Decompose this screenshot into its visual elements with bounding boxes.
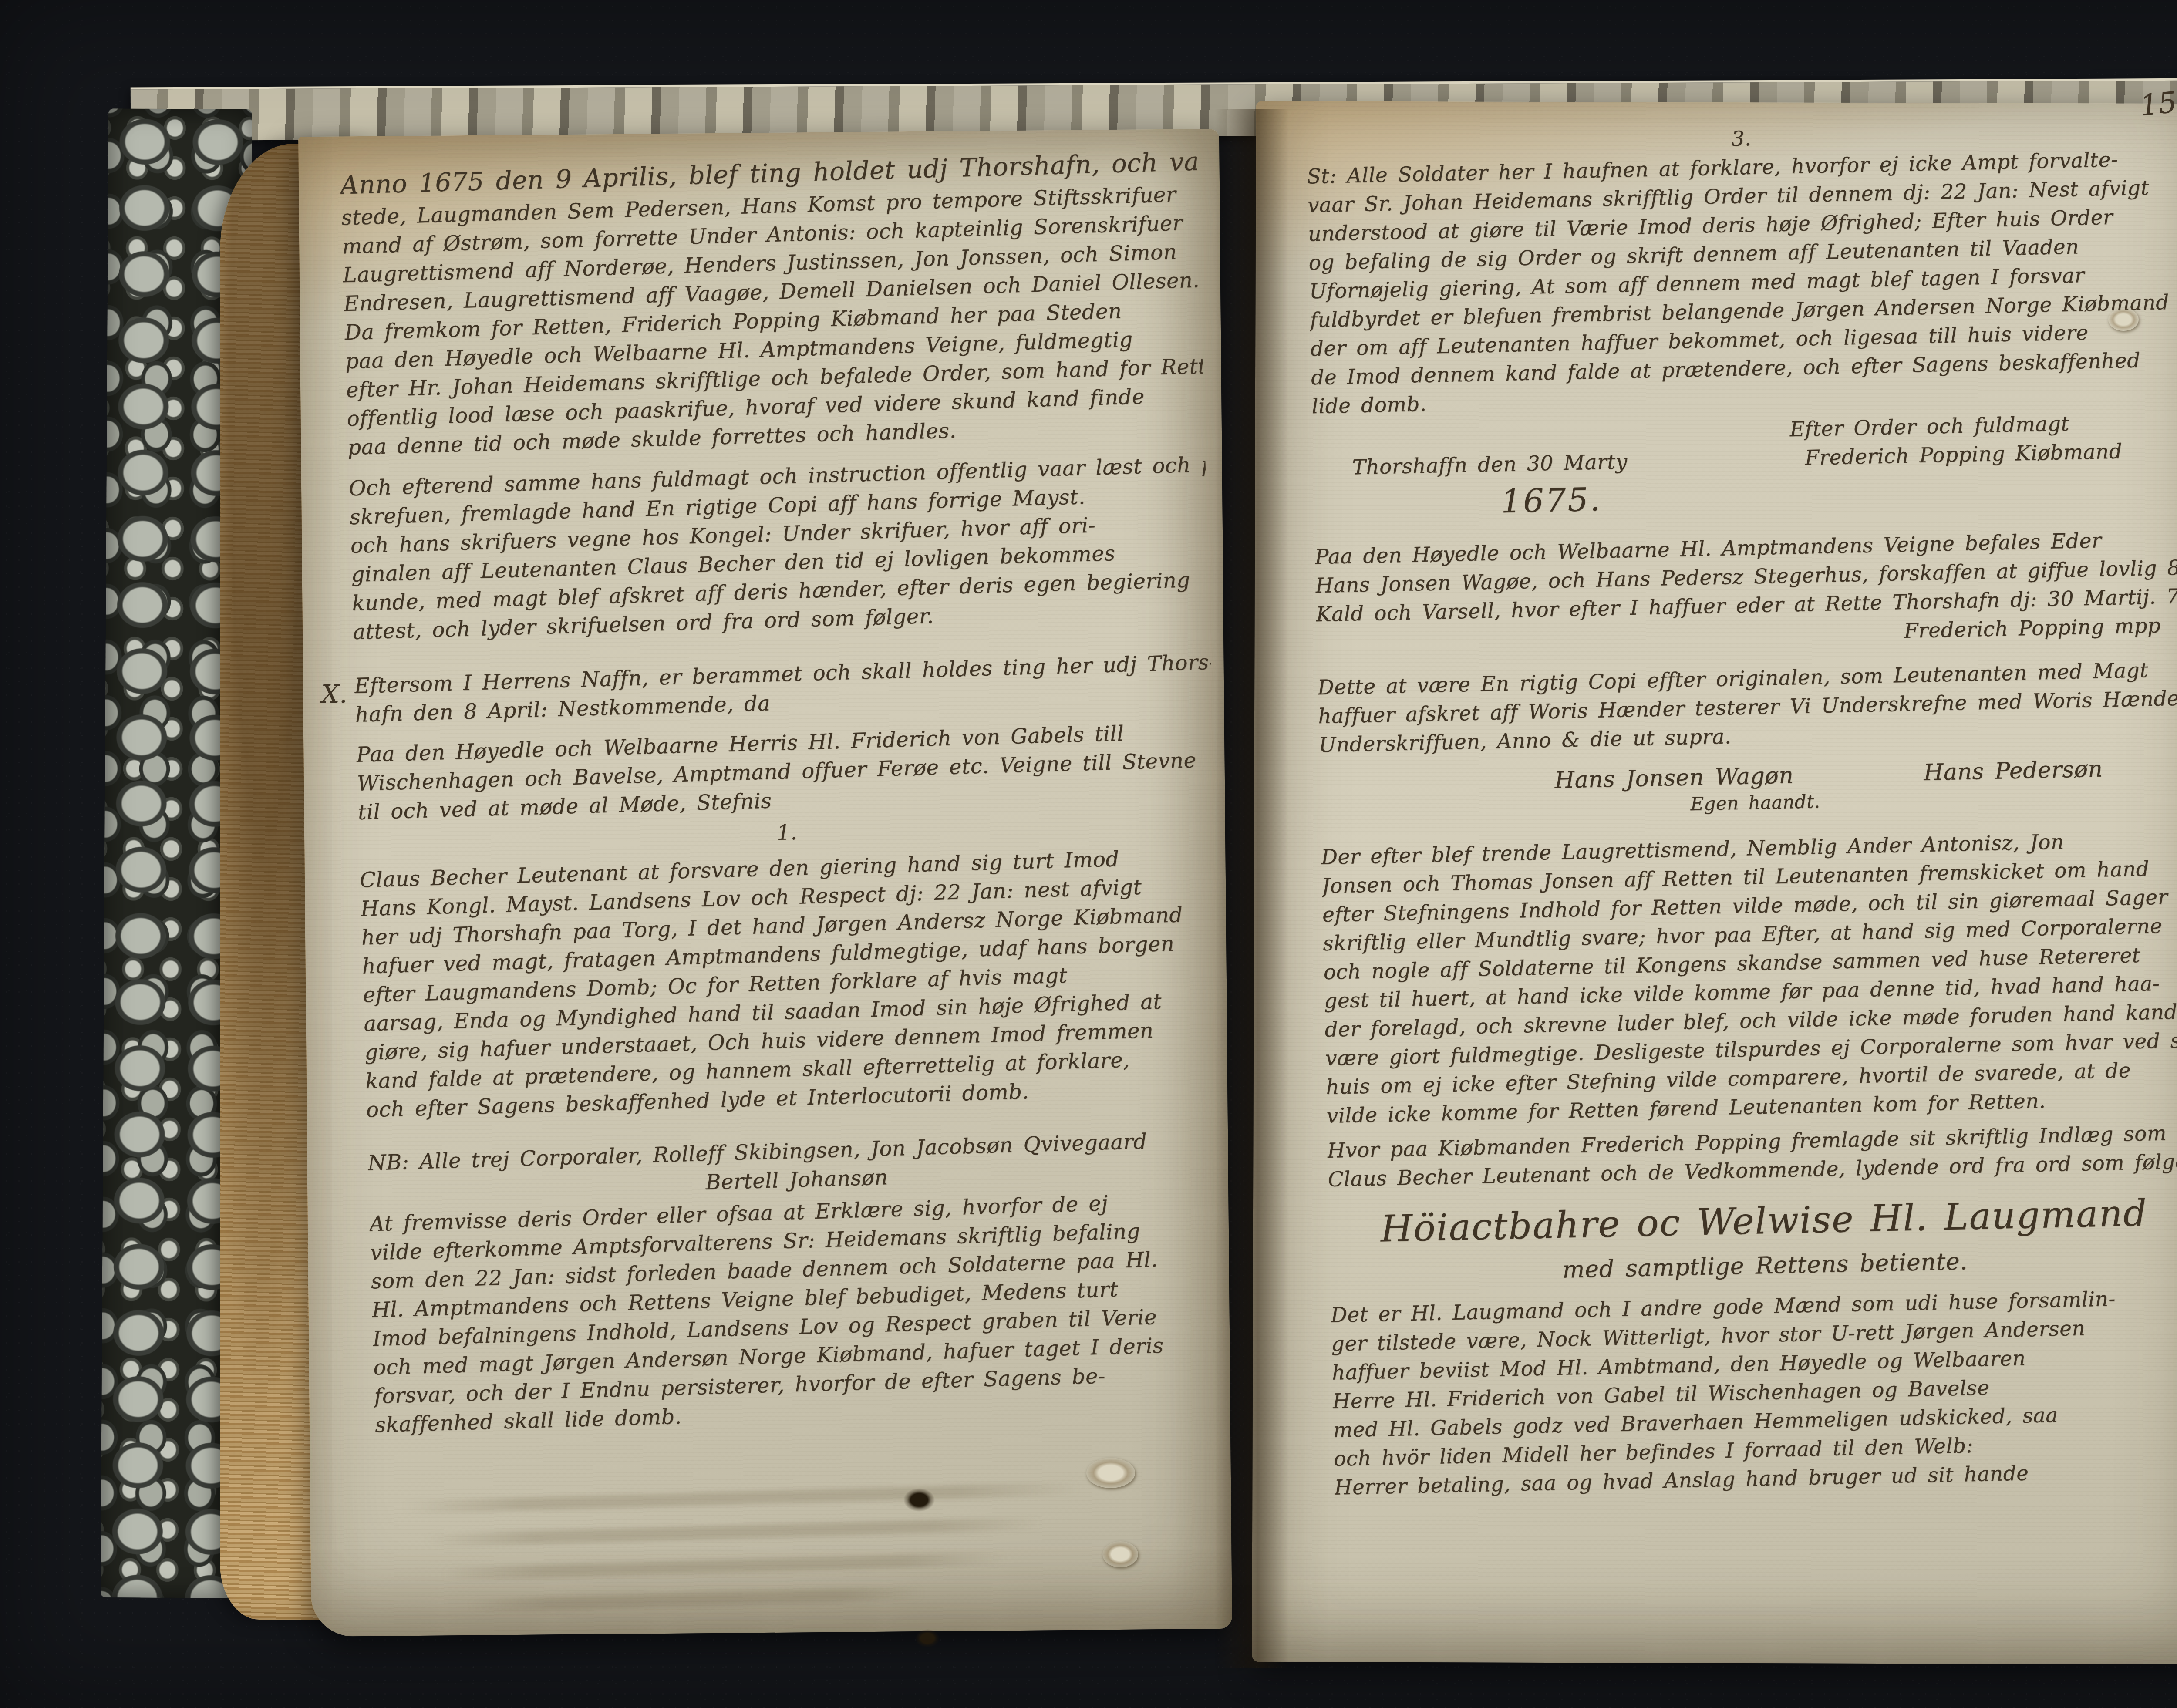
left-page-text: Anno 1675 den 9 Aprilis, blef ting holde…: [340, 143, 1237, 1627]
paragraph: stede, Laugmanden Sem Pedersen, Hans Kom…: [341, 179, 1205, 462]
ink-spot: [915, 1629, 940, 1647]
manuscript-page-left: Anno 1675 den 9 Aprilis, blef ting holde…: [298, 129, 1232, 1637]
right-page-text: 3.St: Alle Soldater her I haufnen at for…: [1306, 116, 2177, 1653]
paragraph: Och efterend samme hans fuldmagt och ins…: [348, 450, 1210, 647]
manuscript-line: Hans Jonsen Wagøn: [1554, 761, 1794, 795]
paragraph: Eftersom I Herrens Naffn, er berammet oc…: [354, 648, 1212, 729]
ink-spot: [903, 1488, 935, 1512]
margin-mark-x: X.: [321, 679, 347, 709]
paragraph: Hvor paa Kiøbmanden Frederich Popping fr…: [1327, 1118, 2177, 1194]
paragraph: Claus Becher Leutenant at forsvare den g…: [359, 842, 1223, 1125]
paper-tear: [2108, 308, 2139, 331]
paragraph: Dette at være En rigtig Copi effter orig…: [1317, 655, 2177, 760]
manuscript-page-right: 3.St: Alle Soldater her I haufnen at for…: [1252, 101, 2177, 1664]
paper-tear: [1102, 1541, 1138, 1567]
paragraph: At fremvisse deris Order eller ofsaa at …: [369, 1186, 1232, 1440]
manuscript-photo: Anno 1675 den 9 Aprilis, blef ting holde…: [0, 0, 2177, 1708]
paper-tear: [1086, 1458, 1135, 1488]
paragraph: Der efter blef trende Laugrettismend, Ne…: [1321, 825, 2177, 1131]
book-gutter-shadow: [1215, 109, 1289, 1668]
manuscript-line: Hans Pedersøn: [1923, 755, 2103, 787]
paragraph: St: Alle Soldater her I haufnen at forkl…: [1307, 145, 2177, 421]
paragraph: Det er Hl. Laugmand och I andre gode Mæn…: [1331, 1283, 2177, 1503]
page-number: 157: [2138, 84, 2177, 123]
